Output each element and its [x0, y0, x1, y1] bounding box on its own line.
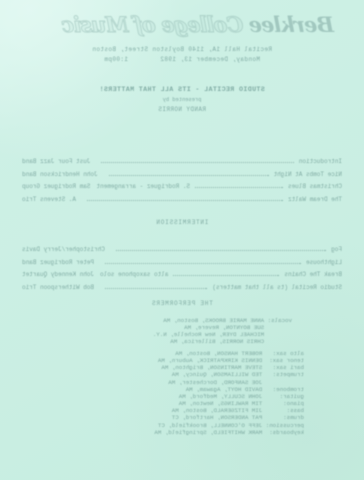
dot-leader [173, 272, 279, 276]
song-title: Break The Chains [284, 271, 342, 278]
program-row: Introduction Just Four Jazz Band [22, 153, 342, 165]
song-title: Lighthouse [306, 259, 342, 266]
performer-line: trumpets: TED WILLIAMSON, Quincy, MA [154, 371, 304, 378]
performer-line: tenor sax: DENNIS KIRKPATRICK, Auburn, M… [154, 357, 304, 364]
performer-line: MICHAEL DYER, New Rochelle, N.Y. [153, 331, 292, 338]
performer-credit: John Kennedy Quartet [22, 271, 94, 278]
program-section-2: Fog Christopher/Jerry Davis Lighthouse P… [22, 241, 342, 291]
scanned-page: Berklee College of Music Recital Hall 1A… [0, 0, 364, 480]
song-title: Christmas Blues [288, 183, 342, 190]
dot-leader [105, 285, 207, 289]
performer-line: piano: TIM RAWLINGS, Newton, MA [154, 400, 304, 407]
performer-line: keyboards: MARK WHITFIELD, Springfield, … [154, 429, 304, 436]
performer-credit: Peter Rodriguez Band [22, 259, 94, 266]
dot-leader [116, 247, 326, 251]
presenter-name: RANDY NORRIS [0, 106, 364, 113]
performer-credit: Just Four Jazz Band [22, 158, 90, 165]
performer-line: bari sax: STEVE MARTINSON, Brighton, MA [154, 364, 304, 371]
dot-leader [87, 197, 283, 201]
intermission-heading: INTERMISSION [0, 219, 364, 226]
program-row: Break The Chains alto saxophone solo Joh… [22, 266, 342, 278]
performer-credit: Bob Witherspoon Trio [22, 284, 94, 291]
program-section-1: Introduction Just Four Jazz Band Nice To… [22, 153, 342, 203]
performer-line: CHRIS NORRIS, Billerica, MA [153, 338, 292, 345]
performer-line: JOE SANFORD, Dorchester, MA [154, 379, 304, 386]
song-title: Nice Tombs At Night [274, 171, 342, 178]
dot-leader [195, 184, 283, 188]
recital-title: STUDIO RECITAL - ITS ALL THAT MATTERS! [0, 86, 364, 93]
song-title: Fog [331, 246, 342, 253]
performer-line: trombone: DAVID HOYT, Agawam, MA [154, 386, 304, 393]
program-row: Fog Christopher/Jerry Davis [22, 241, 342, 253]
logo-berklee-text: Berklee [243, 12, 334, 37]
venue-line: Recital Hall 1A, 1140 Boylston Street, B… [0, 46, 364, 53]
performer-credit: A. Stevens Trio [22, 196, 76, 203]
performers-vocals-group: vocals: ANNE MARIE BROOKS, Boston, MA SU… [153, 317, 292, 346]
performers-heading: THE PERFORMERS [0, 300, 364, 307]
dot-leader [109, 172, 269, 176]
song-note: S. Rodriguez - arrangement [96, 183, 190, 190]
performer-credit: John Hendrickson Band [22, 171, 98, 178]
performer-credit: Sam Rodriguez Group [22, 183, 90, 190]
song-title: Introduction [299, 158, 342, 165]
program-row: Lighthouse Peter Rodriguez Band [22, 253, 342, 265]
song-note: alto saxophone solo [100, 271, 168, 278]
song-title: The Dream Waltz [288, 196, 342, 203]
presented-by-label: presented by [0, 97, 364, 103]
performer-line: alto sax: ROBERT HANSON, Boston, MA [154, 350, 304, 357]
logo-college-of-music-text: College of Music [62, 12, 243, 37]
performer-line: vocals: ANNE MARIE BROOKS, Boston, MA [153, 317, 292, 324]
date-line: Monday, December 13, 1982 1:00pm [0, 56, 364, 63]
performers-instruments-group: alto sax: ROBERT HANSON, Boston, MA teno… [154, 350, 304, 436]
song-title: Studio Recital (ts all that matters) [212, 284, 342, 291]
performer-line: guitar: JOHN SCULLY, Medford, MA [154, 393, 304, 400]
dot-leader [101, 159, 293, 163]
berklee-logo: Berklee College of Music [34, 12, 334, 38]
performer-line: percussion: JEFF O'CONNELL, Brookfield, … [154, 422, 304, 429]
program-row: Studio Recital (ts all that matters) Bob… [22, 278, 342, 290]
program-row: Nice Tombs At Night John Hendrickson Ban… [22, 165, 342, 177]
performer-credit: Christopher/Jerry Davis [22, 246, 105, 253]
performer-line: bass: JIM FITZGERALD, Boston, MA [154, 407, 304, 414]
dot-leader [105, 260, 301, 264]
program-row: The Dream Waltz A. Stevens Trio [22, 190, 342, 202]
performer-line: SUE BOYNTON, Revere, MA [153, 324, 292, 331]
mirrored-bleed-through-content: Berklee College of Music Recital Hall 1A… [0, 0, 364, 480]
program-row: Christmas Blues S. Rodriguez - arrangeme… [22, 178, 342, 190]
performer-line: drums: PAT ANDERSON, Hartford, CT [154, 414, 304, 421]
